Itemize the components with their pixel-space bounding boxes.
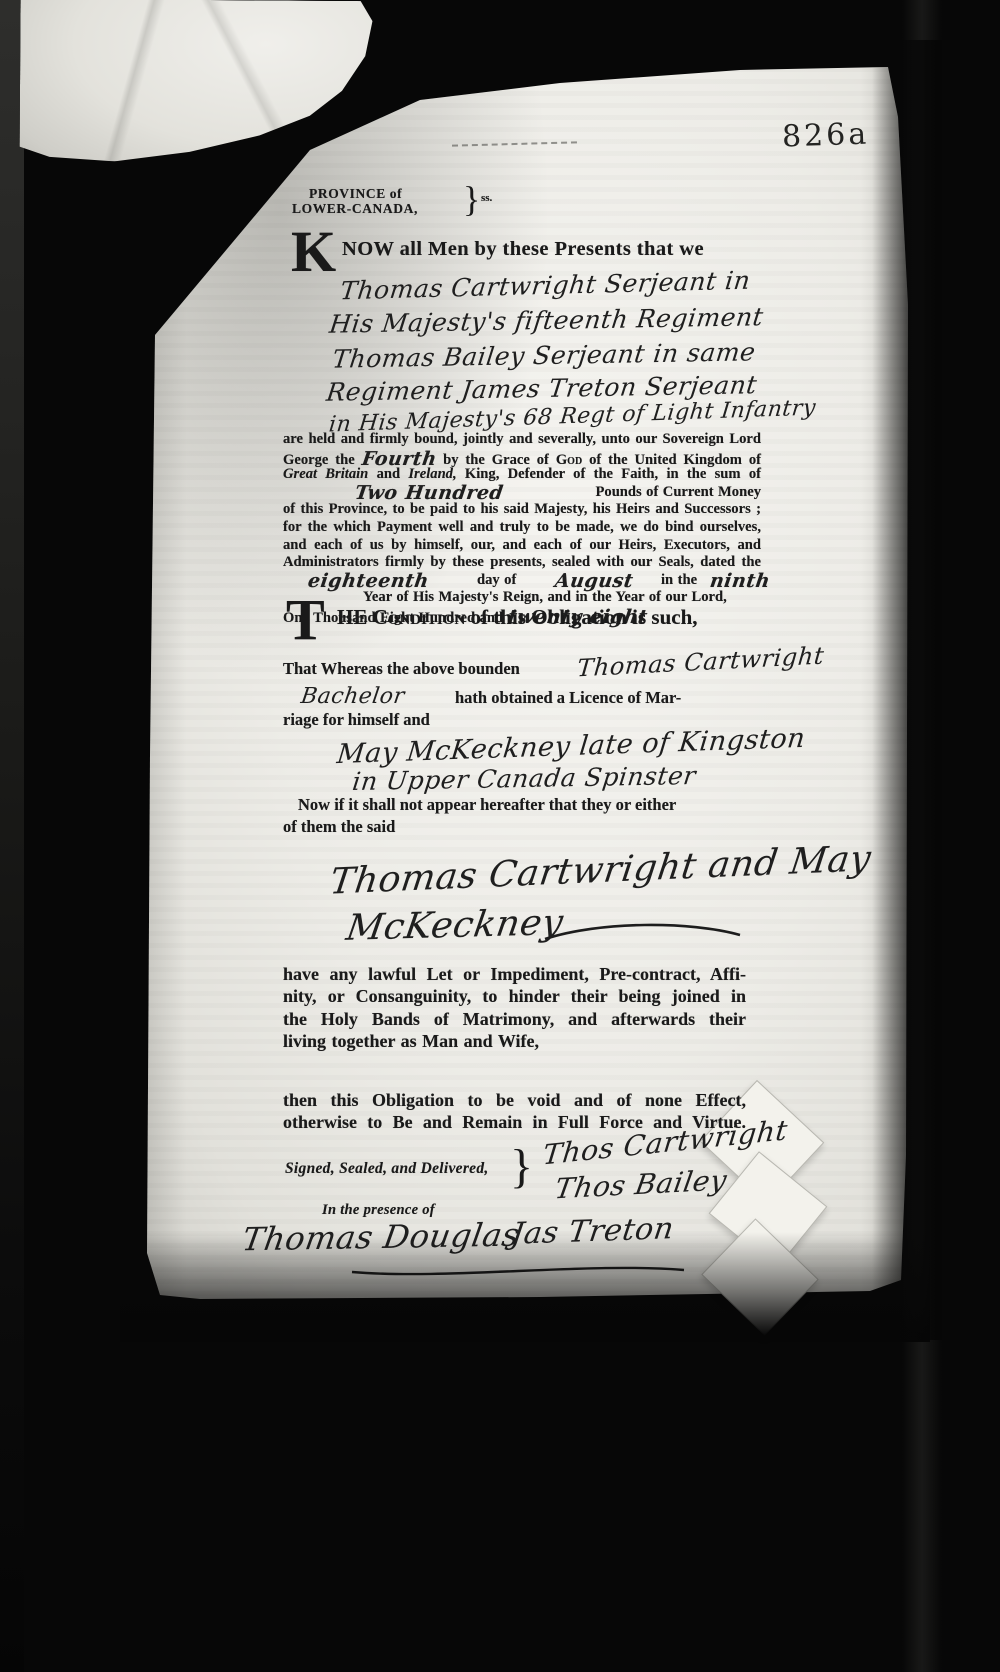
- film-edge-left: [0, 0, 24, 1672]
- condition-heading-smallcaps: Condition: [373, 605, 466, 629]
- scan-bottom-fade: [120, 1232, 930, 1342]
- now-line1: Now if it shall not appear hereafter tha…: [298, 794, 676, 815]
- status-fill-script: Bachelor: [299, 684, 406, 709]
- bond-text: in the: [661, 572, 697, 590]
- bond-line: for the which Payment well and truly to …: [283, 519, 761, 537]
- closing-line: then this Obligation to be void and of n…: [283, 1089, 746, 1111]
- impediment-line: living together as Man and Wife,: [283, 1030, 746, 1052]
- condition-heading-text: of this Obligation is such,: [471, 605, 698, 629]
- bond-text: of the United Kingdom of: [589, 452, 761, 468]
- handwritten-fill: ninth: [709, 572, 772, 591]
- flourish-line: [540, 915, 750, 949]
- opening-dropcap: K: [291, 229, 336, 275]
- whereas-line: That Whereas the above bounden: [283, 658, 520, 679]
- impediment-line: have any lawful Let or Impediment, Pre-c…: [283, 963, 746, 985]
- handwritten-fill: August: [554, 572, 635, 591]
- bond-line: Two Hundred Pounds of Current Money: [283, 484, 761, 502]
- condition-heading-text: HE: [337, 605, 367, 629]
- province-header-line2: LOWER-CANADA,: [292, 201, 418, 216]
- microfilm-scan: 826a PROVINCE of LOWER-CANADA, } ss. K N…: [0, 0, 1000, 1672]
- licence-line2: riage for himself and: [283, 709, 430, 730]
- attestation-brace: }: [510, 1152, 533, 1182]
- province-header-line1: PROVINCE of: [309, 186, 402, 201]
- jurat-ss: ss.: [481, 192, 492, 204]
- bond-text: by the Grace of: [443, 452, 549, 468]
- licence-line: hath obtained a Licence of Mar-: [455, 687, 681, 708]
- bride-name-script2: in Upper Canada Spinster: [351, 761, 698, 796]
- bond-line: eighteenth day of August in the ninth: [283, 572, 761, 590]
- condition-heading: HE Condition of this Obligation is such,: [337, 605, 698, 630]
- impediment-line: the Holy Bands of Matrimony, and afterwa…: [283, 1008, 746, 1030]
- handwriting-line: His Majesty's fifteenth Regiment: [328, 304, 765, 337]
- archive-page-number: 826a: [781, 116, 869, 154]
- attestation-signed-label: Signed, Sealed, and Delivered,: [285, 1160, 489, 1178]
- jurat-brace: }: [463, 184, 480, 214]
- bond-line: are held and firmly bound, jointly and s…: [283, 431, 761, 449]
- bond-text: Pounds of Current Money: [595, 484, 761, 502]
- opening-heading: NOW all Men by these Presents that we: [342, 238, 704, 261]
- bond-line: of this Province, to be paid to his said…: [283, 501, 761, 519]
- impediment-paragraph: have any lawful Let or Impediment, Pre-c…: [283, 963, 746, 1053]
- bond-text: day of: [477, 572, 516, 590]
- parties-names-script-line2: McKeckney: [343, 902, 566, 949]
- handwritten-fill: eighteenth: [307, 572, 430, 591]
- bond-line: George the Fourth by the Grace of God of…: [283, 449, 761, 467]
- bond-text-italic: Great Britain: [283, 466, 368, 482]
- scan-right-fade: [872, 40, 942, 1340]
- handwriting-line: Thomas Bailey Serjeant in same: [331, 339, 757, 371]
- now-line2: of them the said: [283, 816, 395, 837]
- bond-line: and each of us by himself, our, and each…: [283, 537, 761, 555]
- bond-text-smallcaps: God: [556, 452, 582, 468]
- condition-dropcap: T: [286, 597, 325, 643]
- bond-line: Great Britain and Ireland, King, Defende…: [283, 466, 761, 484]
- bond-text: George the: [283, 452, 355, 468]
- impediment-line: nity, or Consanguinity, to hinder their …: [283, 985, 746, 1007]
- handwritten-fill: Fourth: [360, 450, 437, 469]
- handwritten-fill: Two Hundred: [354, 484, 505, 503]
- bond-text: King, Defender of the Faith, in the sum …: [465, 466, 761, 482]
- bond-paragraph: are held and firmly bound, jointly and s…: [283, 431, 761, 625]
